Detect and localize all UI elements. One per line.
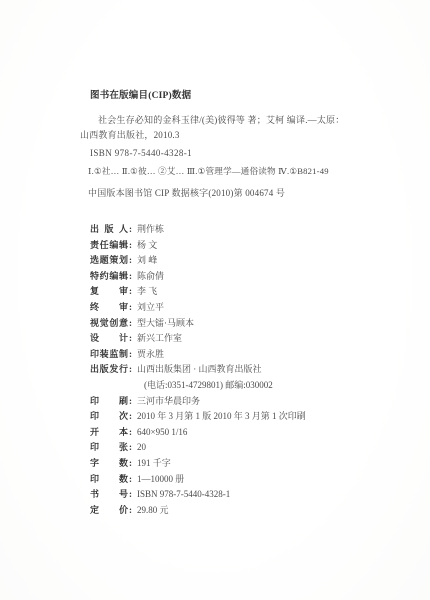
colophon-label: 终审: [90, 300, 128, 313]
colophon-colon: :: [129, 364, 132, 374]
colophon-value: ISBN 978-7-5440-4328-1: [137, 489, 230, 499]
colophon-value: 29.80 元: [137, 503, 169, 516]
colophon-row: 定价:29.80 元: [90, 503, 370, 519]
colophon-colon: :: [129, 286, 132, 296]
colophon-label: 开本: [90, 425, 128, 438]
cip-record-line1: 社会生存必知的金科玉律/(美)彼得等 著；艾柯 编译.—太原：: [88, 116, 360, 125]
colophon-row: 印装监制:贾永胜: [90, 347, 370, 363]
colophon-colon: :: [129, 396, 132, 406]
colophon-label: 视觉创意: [90, 316, 128, 329]
colophon-row: 书号:ISBN 978-7-5440-4328-1: [90, 487, 370, 503]
cip-number-line: 中国版本图书馆 CIP 数据核字(2010)第 004674 号: [88, 189, 360, 198]
cip-isbn-line: ISBN 978-7-5440-4328-1: [90, 149, 360, 158]
colophon-value: 20: [137, 442, 146, 452]
colophon-label: 出版人: [90, 222, 128, 235]
colophon-value: 三河市华晨印务: [137, 394, 200, 407]
colophon-row: 印张:20: [90, 440, 370, 456]
colophon-colon: :: [129, 224, 132, 234]
colophon-value: 荆作栋: [137, 222, 164, 235]
colophon-colon: :: [129, 271, 132, 281]
colophon-label: 印刷: [90, 394, 128, 407]
colophon-row: 视觉创意:型大镭·马顾本: [90, 316, 370, 332]
colophon-label: 印装监制: [90, 347, 128, 360]
colophon-colon: :: [129, 458, 132, 468]
colophon-value: 191 千字: [137, 456, 171, 469]
colophon-value: 新兴工作室: [137, 331, 182, 344]
colophon-value: 1—10000 册: [137, 472, 184, 485]
colophon-row: 责任编辑:杨 文: [90, 238, 370, 254]
cip-heading: 图书在版编目(CIP)数据: [90, 92, 360, 102]
colophon-row: 出版人:荆作栋: [90, 222, 370, 238]
colophon-label: 印张: [90, 440, 128, 453]
colophon-colon: :: [129, 255, 132, 265]
colophon-colon: :: [129, 427, 132, 437]
colophon-row: 出版发行:山西出版集团 · 山西教育出版社: [90, 362, 370, 378]
colophon-colon: :: [129, 349, 132, 359]
colophon-label: 书号: [90, 487, 128, 500]
book-copyright-page: 图书在版编目(CIP)数据 社会生存必知的金科玉律/(美)彼得等 著；艾柯 编译…: [0, 0, 430, 600]
colophon-row: 印次:2010 年 3 月第 1 版 2010 年 3 月第 1 次印刷: [90, 409, 370, 425]
cip-section: 图书在版编目(CIP)数据 社会生存必知的金科玉律/(美)彼得等 著；艾柯 编译…: [88, 92, 360, 198]
colophon-value: 贾永胜: [137, 347, 164, 360]
colophon-value: 640×950 1/16: [137, 427, 187, 437]
colophon-label: 复审: [90, 284, 128, 297]
colophon-label: 字数: [90, 456, 128, 469]
colophon-label: 出版发行: [90, 362, 128, 375]
colophon-value: 山西出版集团 · 山西教育出版社: [137, 362, 262, 375]
colophon-label: 责任编辑: [90, 238, 128, 251]
colophon-row: 印刷:三河市华晨印务: [90, 394, 370, 410]
colophon-row: 印数:1—10000 册: [90, 472, 370, 488]
colophon-row: 设计:新兴工作室: [90, 331, 370, 347]
colophon-value: 杨 文: [137, 238, 157, 251]
colophon-colon: :: [129, 240, 132, 250]
colophon-row: 字数:191 千字: [90, 456, 370, 472]
colophon-label: 定价: [90, 503, 128, 516]
colophon-colon: :: [129, 442, 132, 452]
colophon-label: 选题策划: [90, 253, 128, 266]
cip-classification-line: Ⅰ.①社… Ⅱ.①彼… ②艾… Ⅲ.①管理学—通俗读物 Ⅳ.①B821-49: [88, 167, 360, 176]
colophon-value: 陈俞倩: [137, 269, 164, 282]
colophon-value: 2010 年 3 月第 1 版 2010 年 3 月第 1 次印刷: [137, 409, 306, 422]
colophon-row: 特约编辑:陈俞倩: [90, 269, 370, 285]
colophon-colon: :: [129, 302, 132, 312]
colophon-label: 设计: [90, 331, 128, 344]
colophon-row: 终审:刘立平: [90, 300, 370, 316]
colophon-colon: :: [129, 474, 132, 484]
colophon-value: 型大镭·马顾本: [137, 316, 194, 329]
colophon-list: 出版人:荆作栋责任编辑:杨 文选题策划:刘 峰特约编辑:陈俞倩复审:李 飞终审:…: [90, 222, 370, 518]
colophon-label: 特约编辑: [90, 269, 128, 282]
colophon-colon: :: [129, 505, 132, 515]
colophon-row: 复审:李 飞: [90, 284, 370, 300]
colophon-value: 刘立平: [137, 300, 164, 313]
colophon-colon: :: [129, 333, 132, 343]
colophon-label: 印数: [90, 472, 128, 485]
colophon-label: 印次: [90, 409, 128, 422]
colophon-colon: :: [129, 318, 132, 328]
colophon-row: 选题策划:刘 峰: [90, 253, 370, 269]
colophon-value: 刘 峰: [137, 253, 157, 266]
colophon-extra-line: (电话:0351-4729801) 邮编:030002: [90, 378, 370, 394]
cip-record-line2: 山西教育出版社，2010.3: [80, 131, 360, 140]
colophon-value: 李 飞: [137, 284, 157, 297]
colophon-colon: :: [129, 489, 132, 499]
colophon-row: 开本:640×950 1/16: [90, 425, 370, 441]
colophon-colon: :: [129, 411, 132, 421]
